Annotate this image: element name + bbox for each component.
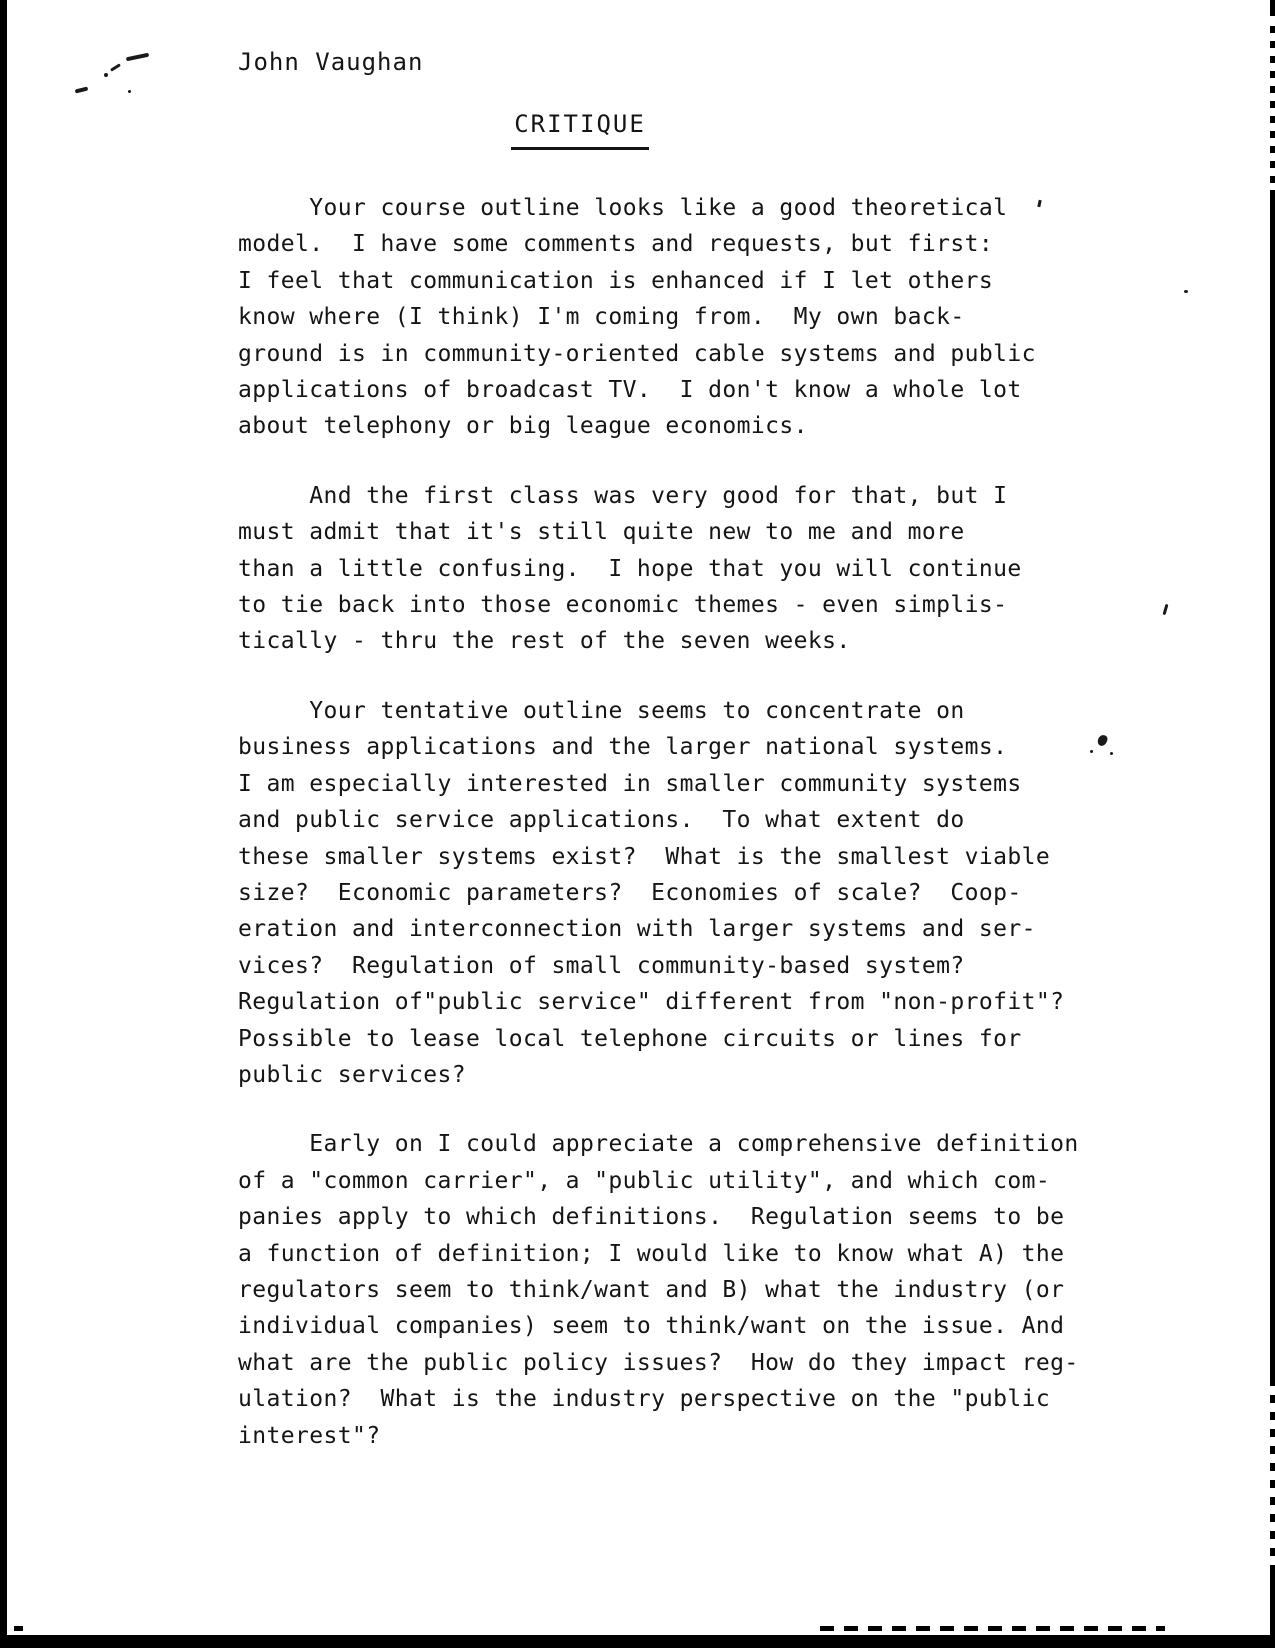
right-scan-edge-dashes-lower (1270, 1378, 1275, 1565)
paragraph-3: Your tentative outline seems to concentr… (238, 693, 1098, 1093)
title-container: CRITIQUE (0, 110, 1160, 150)
ink-blot (1097, 734, 1109, 747)
pen-mark-dot (128, 90, 131, 93)
bottom-scan-speck (14, 1626, 23, 1631)
right-scan-edge-top (1270, 0, 1275, 16)
ink-speck (1184, 290, 1188, 293)
paragraph-2: And the first class was very good for th… (238, 478, 1098, 660)
ink-blot-dot (1090, 750, 1093, 753)
right-scan-edge-bottom (1270, 1565, 1275, 1648)
right-scan-edge-dashes-upper (1270, 26, 1275, 190)
pen-mark-stroke (75, 86, 89, 93)
ink-blot-dot (1110, 752, 1113, 755)
paragraph-4: Early on I could appreciate a comprehens… (238, 1126, 1098, 1454)
left-scan-edge-bar (0, 0, 7, 1648)
ink-tick (1163, 604, 1169, 615)
bottom-scan-edge-bar (0, 1635, 1275, 1648)
pen-mark-stroke (110, 63, 121, 71)
pen-mark-dot (104, 73, 108, 77)
bottom-scan-dashes (820, 1626, 1165, 1631)
pen-mark-stroke (126, 53, 149, 62)
document-body: Your course outline looks like a good th… (238, 190, 1098, 1487)
paragraph-1: Your course outline looks like a good th… (238, 190, 1098, 445)
author-line: John Vaughan (238, 48, 423, 76)
scanned-document-page: John Vaughan CRITIQUE Your course outlin… (0, 0, 1275, 1648)
right-scan-edge-solid (1270, 190, 1275, 1378)
page-title: CRITIQUE (511, 110, 649, 150)
